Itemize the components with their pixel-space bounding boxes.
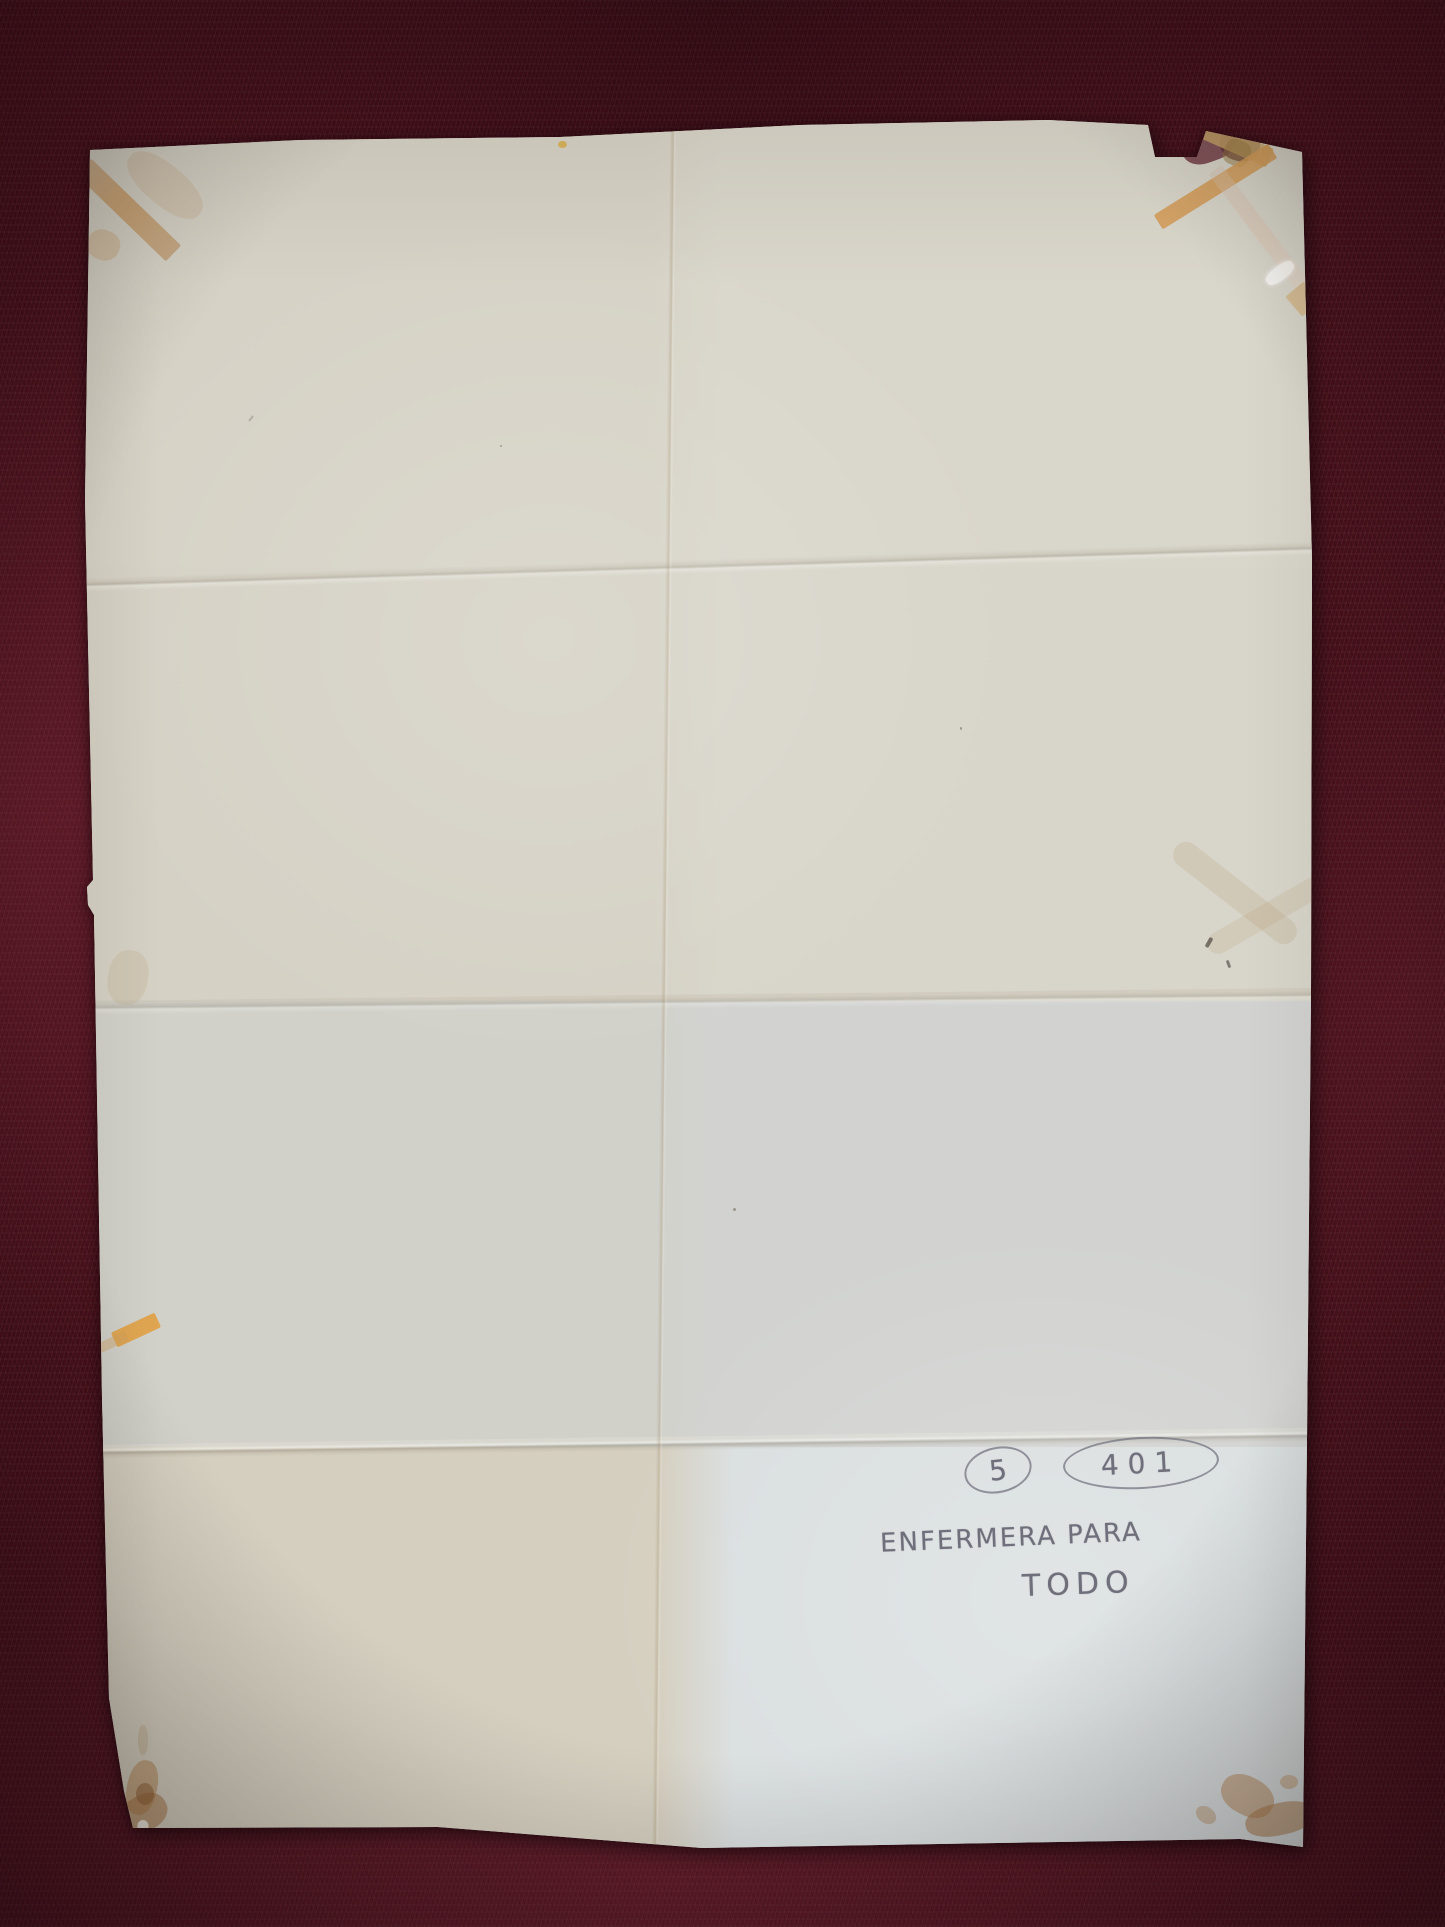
circled-number-401: 401 — [1062, 1433, 1221, 1493]
photo-stage: 5 401 ENFERMERA PARA TODO — [0, 0, 1445, 1927]
poster-paper-wrap: 5 401 ENFERMERA PARA TODO — [80, 115, 1315, 1860]
circled-number-5: 5 — [960, 1440, 1036, 1499]
handwriting-layer: 5 401 ENFERMERA PARA TODO — [80, 115, 1315, 1860]
poster-paper-back: 5 401 ENFERMERA PARA TODO — [80, 115, 1315, 1860]
handwritten-number-401: 401 — [1100, 1444, 1182, 1481]
handwritten-line-2: TODO — [1021, 1565, 1135, 1604]
handwritten-number-5: 5 — [987, 1453, 1008, 1488]
handwritten-line-1: ENFERMERA PARA — [879, 1517, 1142, 1558]
